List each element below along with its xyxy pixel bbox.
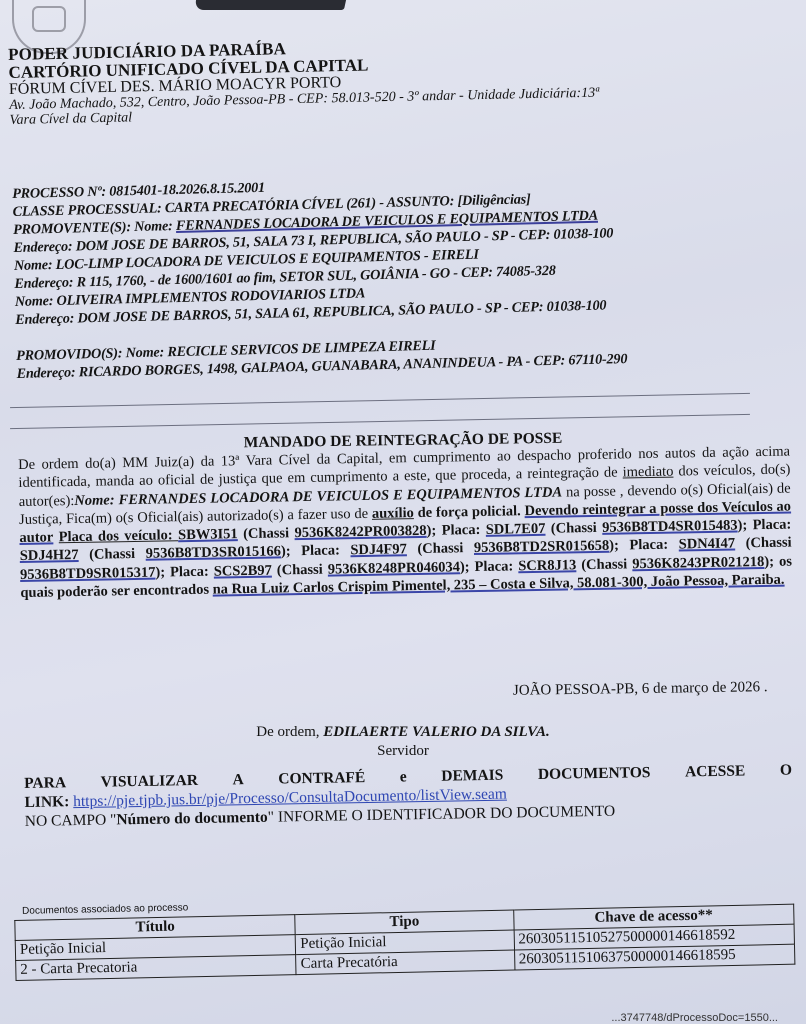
vehicle-chassi: 9536B8TD3SR015166: [146, 544, 282, 562]
background-object: [194, 0, 346, 10]
vehicle-chassi: 9536K8243PR021218: [632, 554, 764, 572]
signature-block: De ordem, EDILAERTE VALERIO DA SILVA. Se…: [0, 723, 806, 761]
mandado-body: De ordem do(a) MM Juiz(a) da 13ª Vara Cí…: [18, 443, 792, 603]
access-instructions: PARAVISUALIZARACONTRAFÉeDEMAISDOCUMENTOS…: [24, 761, 793, 831]
vehicle-plate: SCR8J13: [518, 557, 576, 574]
signer-role: Servidor: [0, 742, 806, 761]
court-header: PODER JUDICIÁRIO DA PARAÍBA CARTÓRIO UNI…: [8, 34, 599, 128]
vehicle-plate: SDJ4F97: [350, 542, 407, 559]
vehicle-plate: SDJ4H27: [20, 547, 79, 564]
date-line: JOÃO PESSOA-PB, 6 de março de 2026 .: [513, 679, 768, 700]
vehicle-chassi: 9536B8TD9SR015317: [20, 564, 156, 582]
vehicle-chassi: 9536K8248PR046034: [328, 559, 460, 577]
vehicle-plate: SDN4I47: [679, 536, 736, 553]
vehicle-plate: SCS2B97: [214, 562, 272, 579]
document-photo: PODER JUDICIÁRIO DA PARAÍBA CARTÓRIO UNI…: [0, 0, 806, 1024]
signer-name: EDILAERTE VALERIO DA SILVA.: [323, 724, 549, 740]
documents-section: Documentos associados ao processo Título…: [14, 889, 805, 981]
vehicle-chassi: 9536B8TD2SR015658: [474, 538, 610, 556]
process-info: PROCESSO Nº: 0815401-18.2026.8.15.2001 C…: [12, 167, 737, 383]
vehicle-chassi: 9536B8TD4SR015483: [602, 518, 738, 536]
vehicle-plate: SDL7E07: [486, 521, 546, 538]
vehicle-chassi: 9536K8242PR003828: [294, 523, 426, 541]
documents-table: Título Tipo Chave de acesso** Petição In…: [14, 904, 795, 981]
vehicle-plate: SBW3I51: [178, 526, 238, 543]
footer-url-fragment: ...3747748/dProcessoDoc=1550...: [611, 1012, 778, 1024]
